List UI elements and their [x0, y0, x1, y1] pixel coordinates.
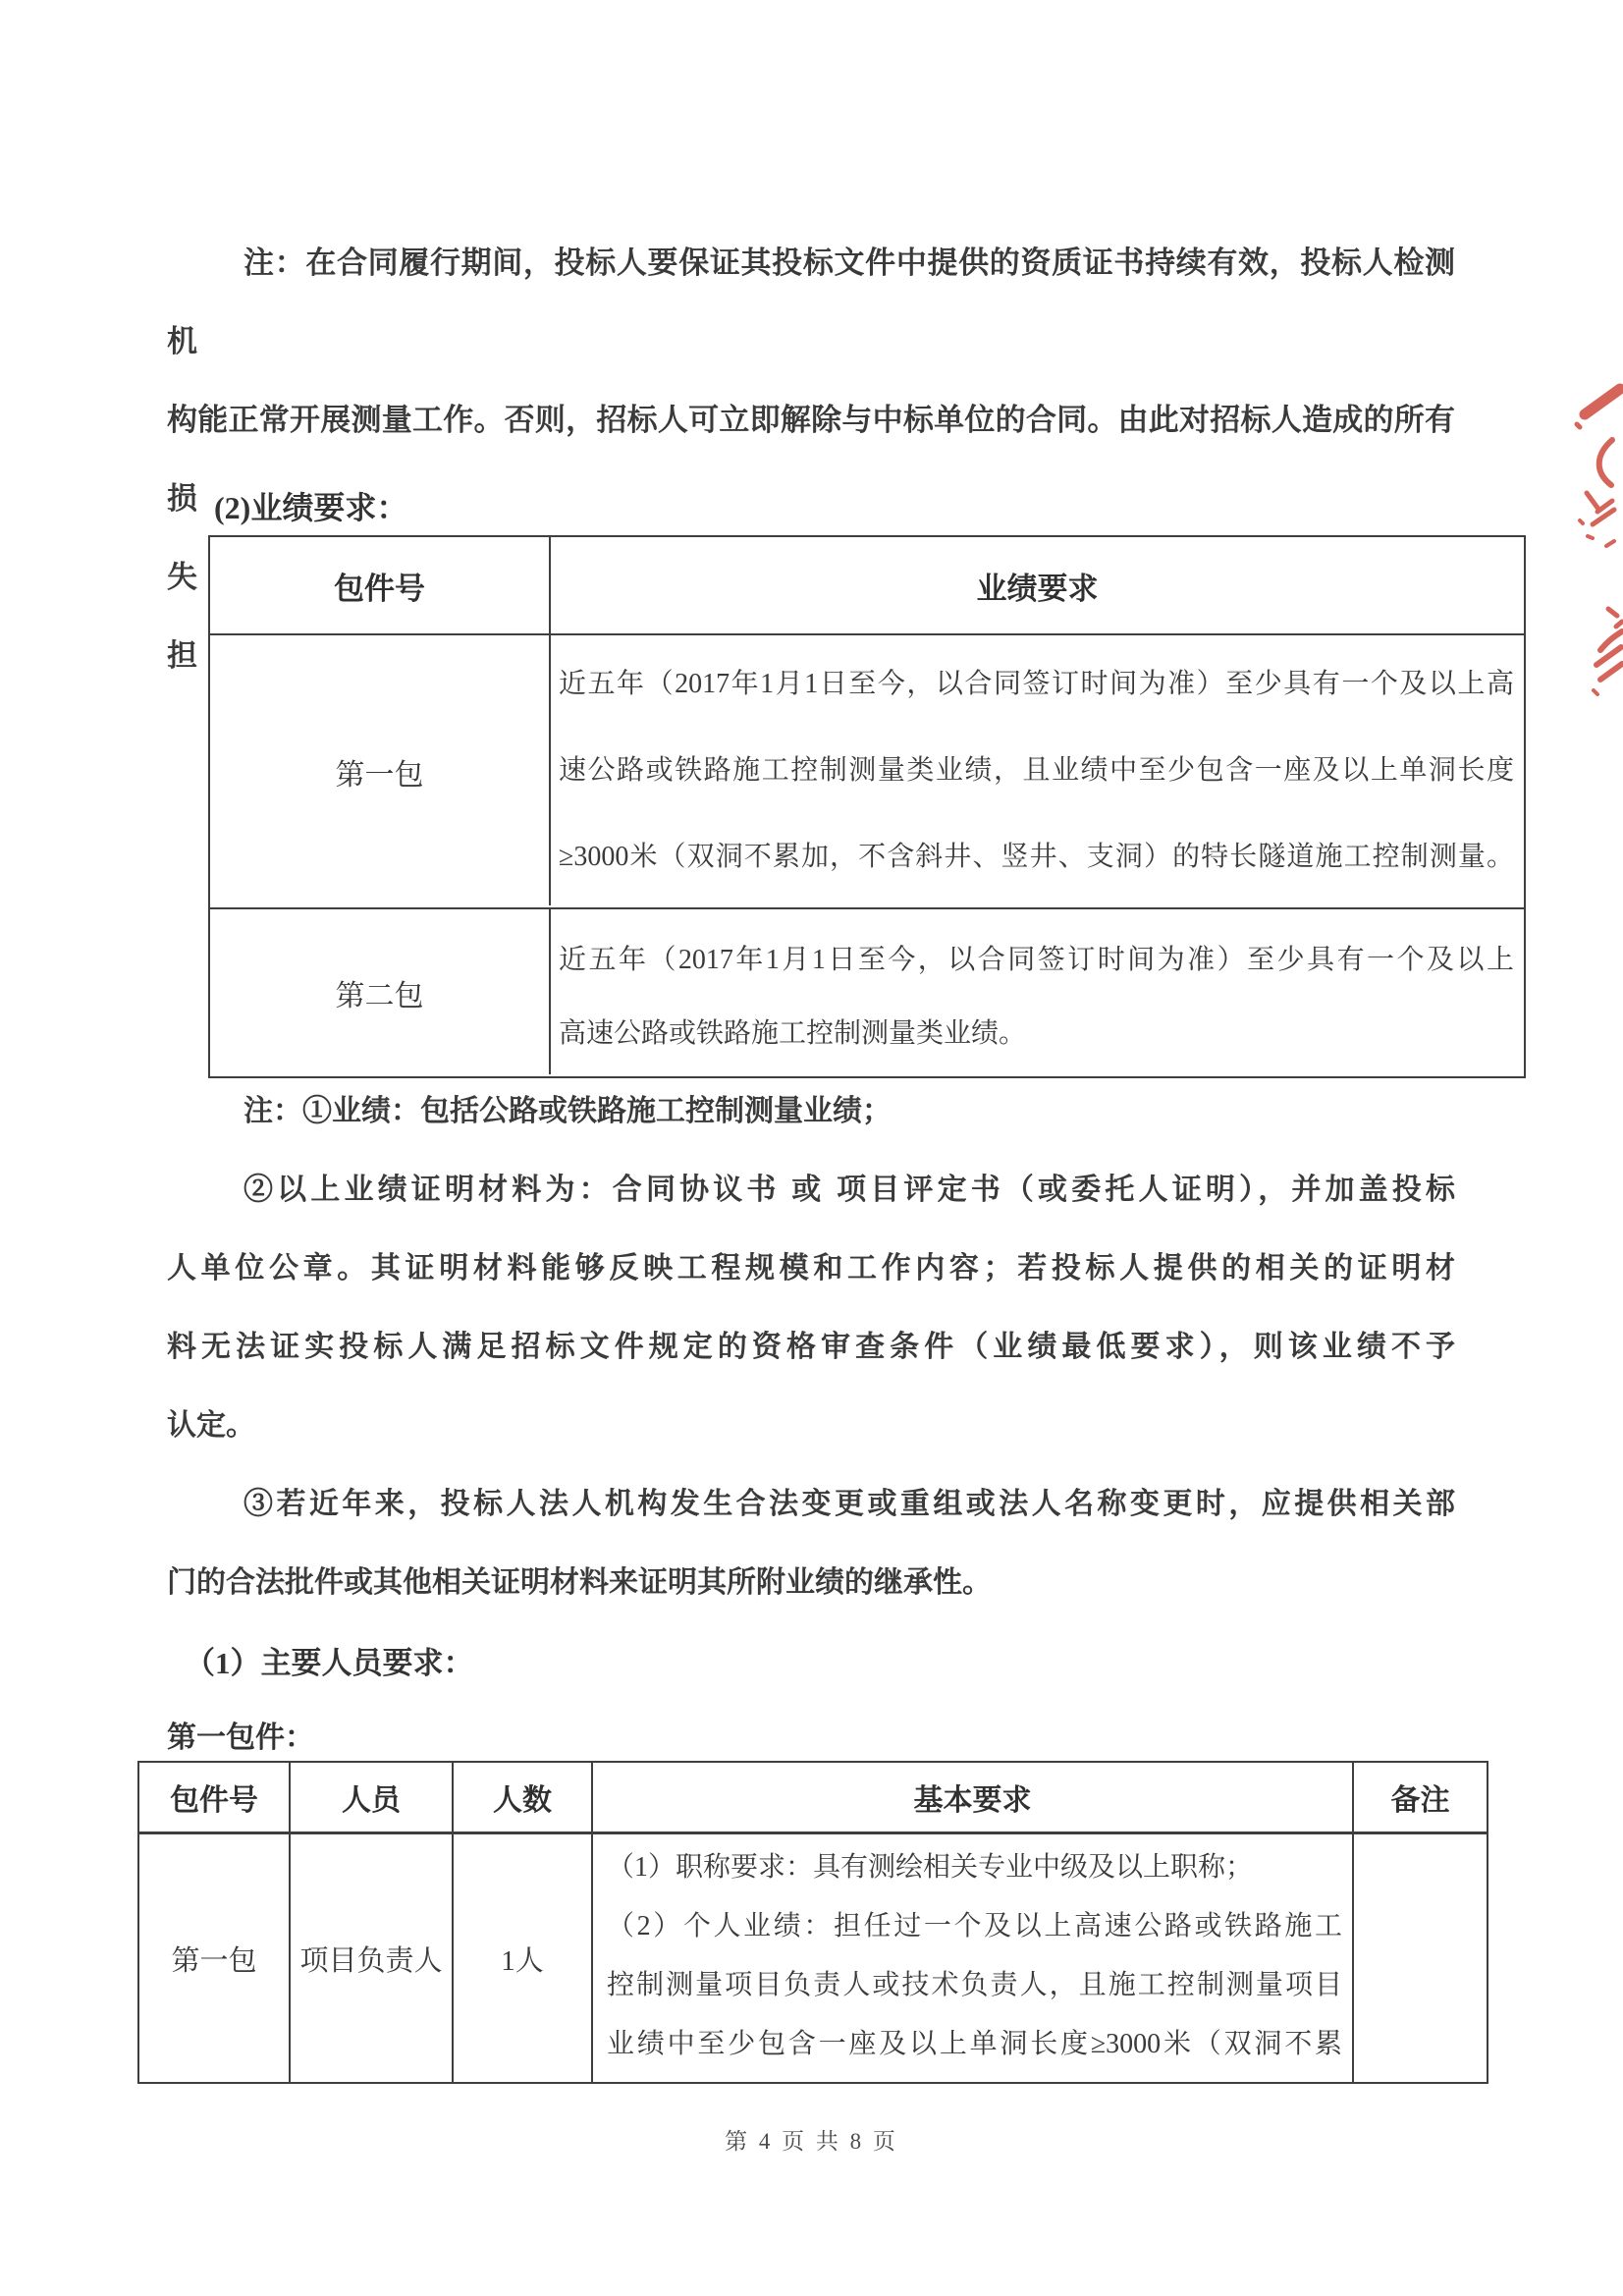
personnel-row-count: 1人 — [452, 1834, 591, 2082]
performance-row2-requirement: 近五年（2017年1月1日至今，以合同签订时间为准）至少具有一个及以上 高速公路… — [549, 907, 1524, 1074]
note-line: 门的合法批件或其他相关证明材料来证明其所附业绩的继承性。 — [167, 1544, 1455, 1622]
performance-row1-requirement: 近五年（2017年1月1日至今，以合同签订时间为准）至少具有一个及以上高 速公路… — [549, 633, 1524, 905]
personnel-table: 包件号 人员 人数 基本要求 备注 第一包 项目负责人 1人 （1）职称要求：具… — [137, 1761, 1488, 2084]
requirement-line: （2）个人业绩：担任过一个及以上高速公路或铁路施工 — [607, 1897, 1342, 1956]
personnel-header-requirement: 基本要求 — [591, 1763, 1352, 1834]
performance-table: 包件号 业绩要求 第一包 近五年（2017年1月1日至今，以合同签订时间为准）至… — [208, 535, 1526, 1078]
requirement-line: （1）职称要求：具有测绘相关专业中级及以上职称； — [607, 1838, 1342, 1897]
performance-section-heading: (2)业绩要求： — [214, 483, 407, 528]
intro-note-line: 注：在合同履行期间，投标人要保证其投标文件中提供的资质证书持续有效，投标人检测机 — [167, 224, 1455, 381]
personnel-header-remark: 备注 — [1352, 1763, 1487, 1834]
document-page: 注：在合同履行期间，投标人要保证其投标文件中提供的资质证书持续有效，投标人检测机… — [0, 0, 1623, 2296]
footer-page-number: 第 4 页 共 8 页 — [0, 2123, 1623, 2156]
red-stamp-fragment — [1567, 373, 1623, 697]
personnel-row-requirement: （1）职称要求：具有测绘相关专业中级及以上职称； （2）个人业绩：担任过一个及以… — [591, 1834, 1352, 2082]
performance-header-requirement: 业绩要求 — [549, 537, 1524, 633]
note-line: 料无法证实投标人满足招标文件规定的资格审查条件（业绩最低要求），则该业绩不予 — [167, 1308, 1455, 1387]
requirement-line: 近五年（2017年1月1日至今，以合同签订时间为准）至少具有一个及以上高 — [559, 641, 1514, 728]
performance-row2-package: 第二包 — [210, 907, 549, 1076]
personnel-header-package: 包件号 — [139, 1763, 289, 1834]
package-one-label: 第一包件： — [167, 1713, 314, 1756]
personnel-header-person: 人员 — [289, 1763, 452, 1834]
requirement-line: 速公路或铁路施工控制测量类业绩，且业绩中至少包含一座及以上单洞长度 — [559, 728, 1514, 814]
performance-row1-package: 第一包 — [210, 633, 549, 907]
requirement-line: 控制测量项目负责人或技术负责人，且施工控制测量项目 — [607, 1956, 1342, 2015]
requirement-line: ≥3000米（双洞不累加，不含斜井、竖井、支洞）的特长隧道施工控制测量。 — [559, 814, 1514, 901]
note-line: 认定。 — [167, 1387, 1455, 1465]
note-line: 注：①业绩：包括公路或铁路施工控制测量业绩； — [167, 1072, 1455, 1151]
performance-notes: 注：①业绩：包括公路或铁路施工控制测量业绩； ②以上业绩证明材料为：合同协议书 … — [167, 1072, 1455, 1622]
performance-header-package: 包件号 — [210, 537, 549, 633]
requirement-line: 业绩中至少包含一座及以上单洞长度≥3000米（双洞不累 — [607, 2015, 1342, 2074]
note-line: ②以上业绩证明材料为：合同协议书 或 项目评定书（或委托人证明），并加盖投标 — [167, 1151, 1455, 1230]
personnel-header-count: 人数 — [452, 1763, 591, 1834]
note-line: 人单位公章。其证明材料能够反映工程规模和工作内容；若投标人提供的相关的证明材 — [167, 1230, 1455, 1308]
personnel-section-heading: （1）主要人员要求： — [185, 1638, 474, 1682]
note-line: ③若近年来，投标人法人机构发生合法变更或重组或法人名称变更时，应提供相关部 — [167, 1465, 1455, 1544]
requirement-line: 高速公路或铁路施工控制测量类业绩。 — [559, 997, 1514, 1070]
personnel-row-package: 第一包 — [139, 1834, 289, 2082]
personnel-row-remark — [1352, 1834, 1487, 2082]
personnel-row-person: 项目负责人 — [289, 1834, 452, 2082]
requirement-line: 近五年（2017年1月1日至今，以合同签订时间为准）至少具有一个及以上 — [559, 923, 1514, 997]
